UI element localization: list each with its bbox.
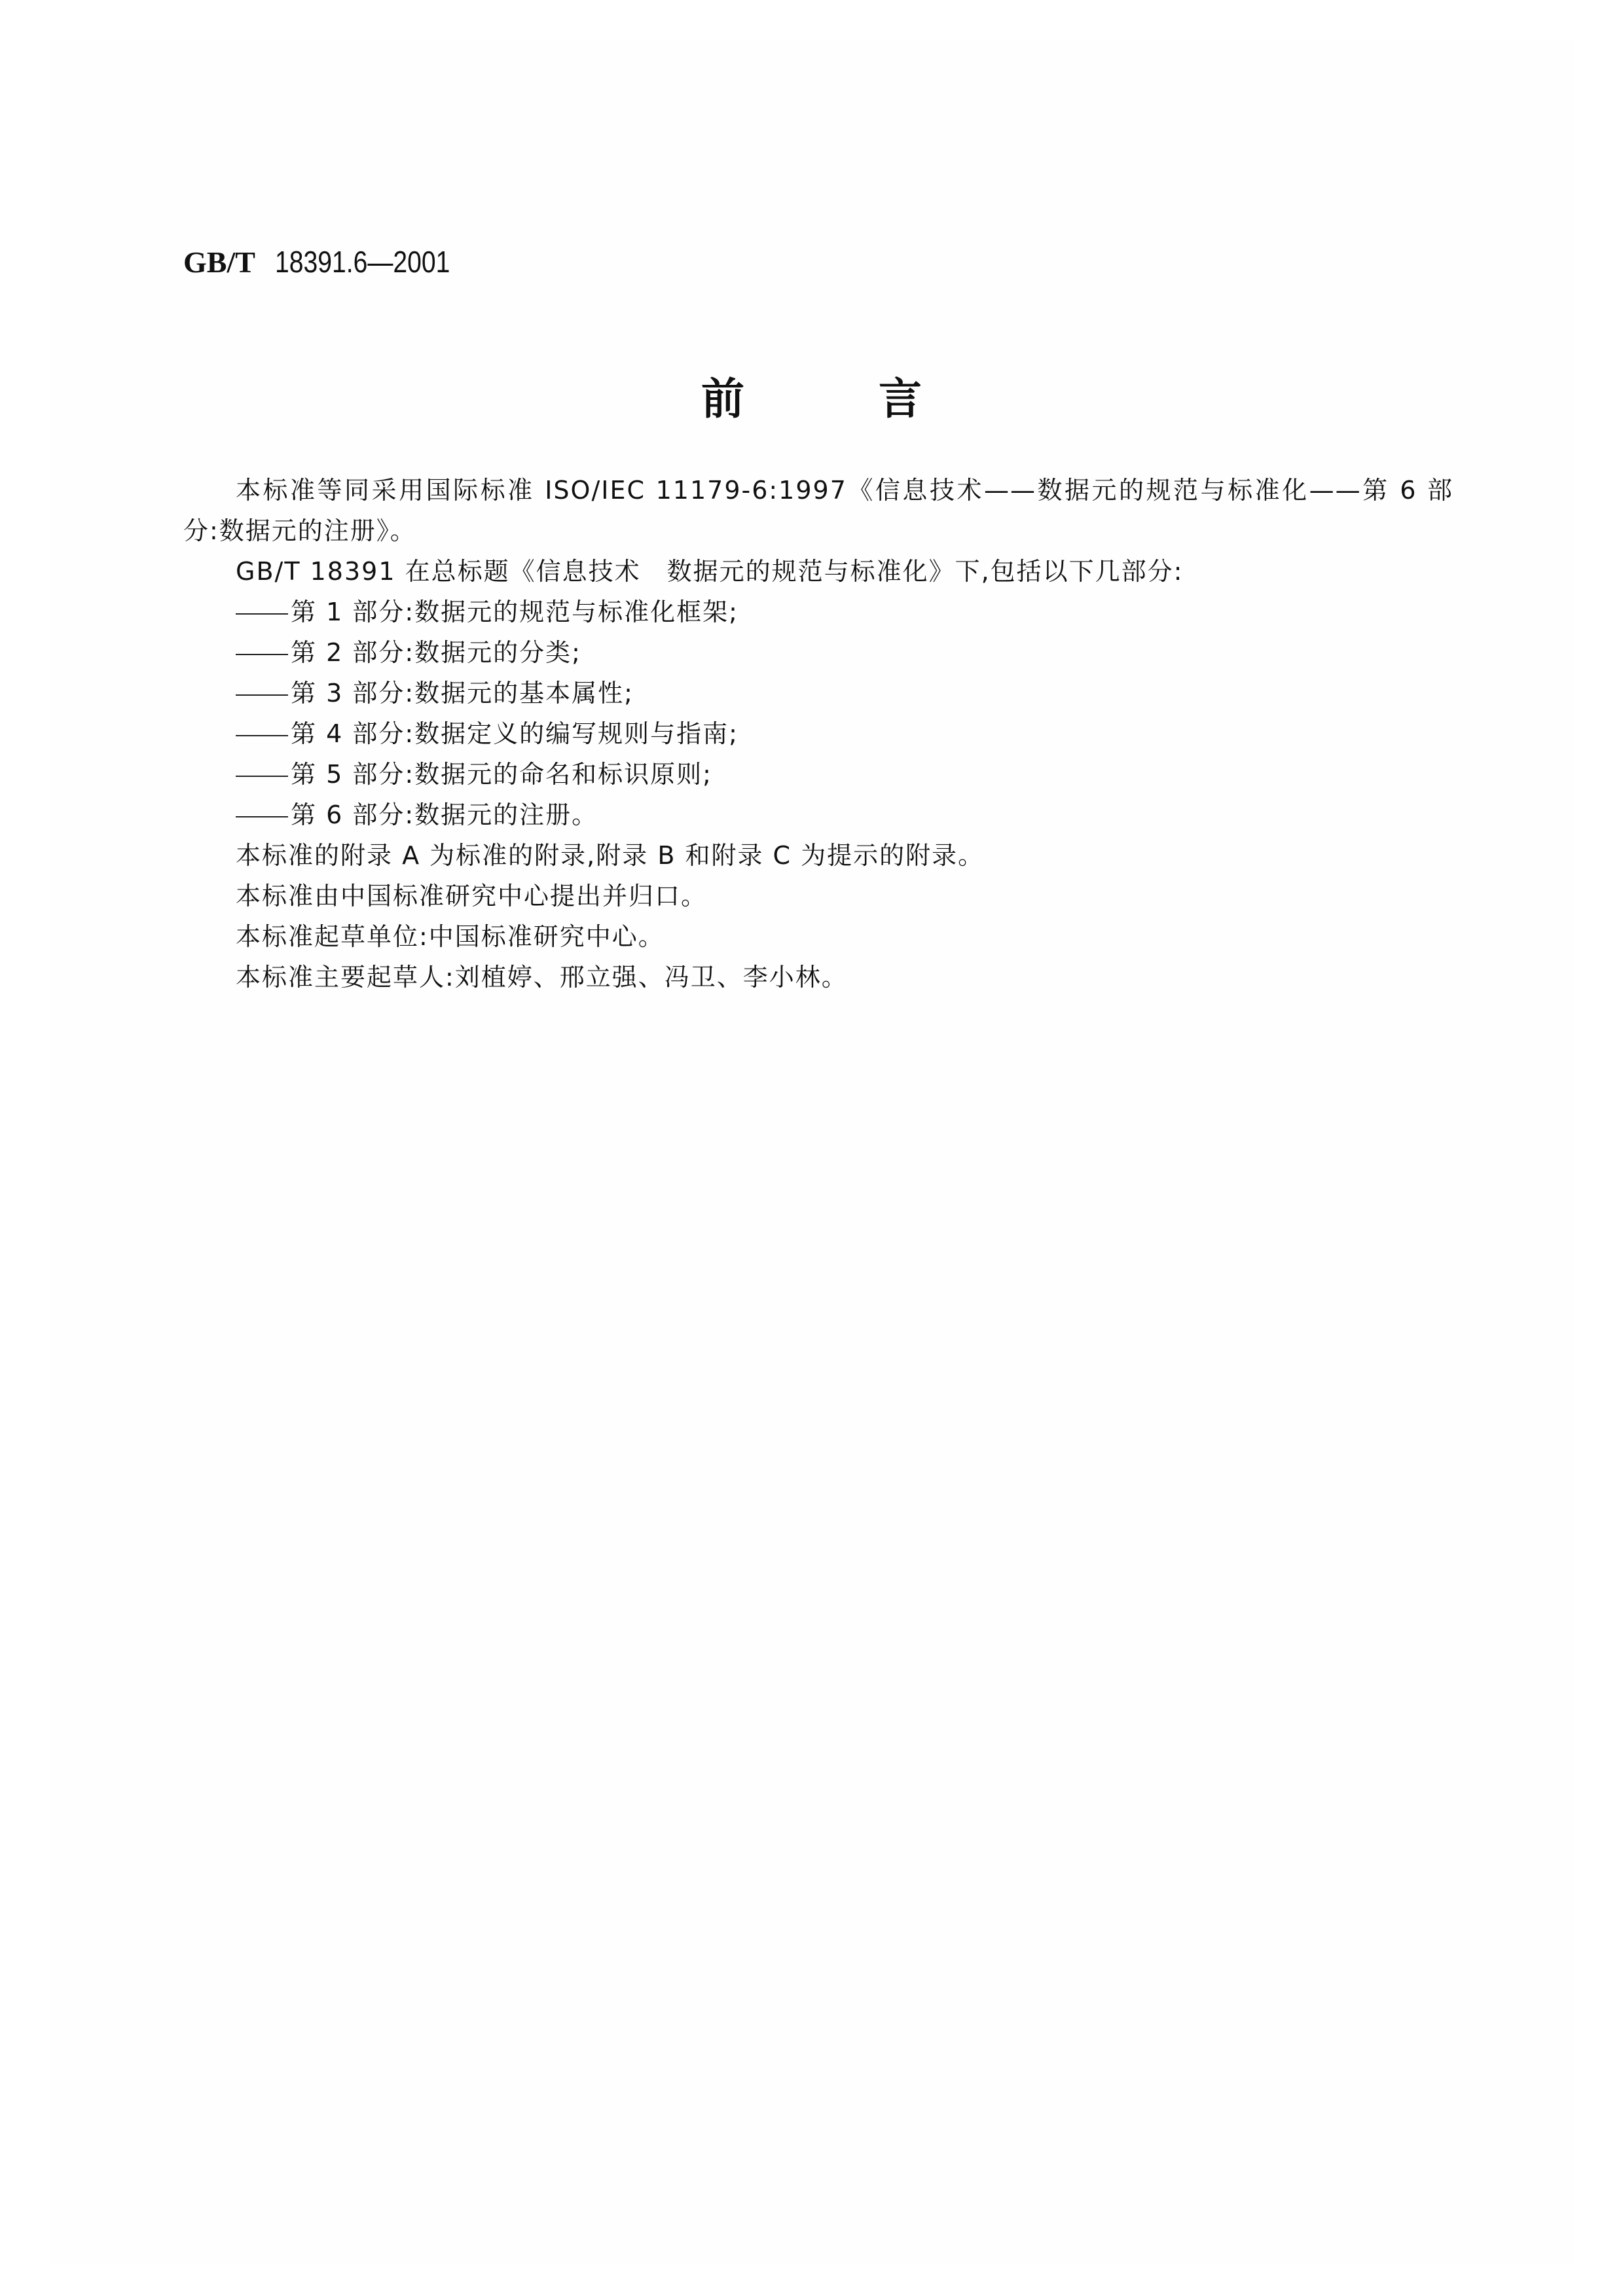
title-char-1: 前 xyxy=(701,373,744,425)
standard-number: 18391.6—2001 xyxy=(275,241,450,283)
drafters-paragraph: 本标准主要起草人:刘植婷、邢立强、冯卫、李小林。 xyxy=(183,957,1453,997)
dash-bullet-icon xyxy=(236,816,288,817)
dash-bullet-icon xyxy=(236,654,288,655)
standard-prefix: GB/T xyxy=(183,245,255,279)
part-label: 第 5 部分:数据元的命名和标识原则; xyxy=(291,760,712,789)
series-intro-paragraph: GB/T 18391 在总标题《信息技术 数据元的规范与标准化》下,包括以下几部… xyxy=(183,551,1453,592)
adoption-paragraph: 本标准等同采用国际标准 ISO/IEC 11179-6:1997《信息技术——数… xyxy=(183,470,1453,551)
list-item: 第 1 部分:数据元的规范与标准化框架; xyxy=(183,592,1453,632)
list-item: 第 6 部分:数据元的注册。 xyxy=(183,795,1453,835)
part-label: 第 2 部分:数据元的分类; xyxy=(291,638,581,667)
proposer-paragraph: 本标准由中国标准研究中心提出并归口。 xyxy=(183,876,1453,916)
document-page: GB/T18391.6—2001 前言 本标准等同采用国际标准 ISO/IEC … xyxy=(0,0,1623,2296)
list-item: 第 5 部分:数据元的命名和标识原则; xyxy=(183,754,1453,795)
dash-bullet-icon xyxy=(236,694,288,696)
list-item: 第 2 部分:数据元的分类; xyxy=(183,632,1453,673)
drafting-unit-paragraph: 本标准起草单位:中国标准研究中心。 xyxy=(183,916,1453,957)
part-label: 第 6 部分:数据元的注册。 xyxy=(291,800,598,829)
list-item: 第 3 部分:数据元的基本属性; xyxy=(183,673,1453,713)
dash-bullet-icon xyxy=(236,776,288,777)
page-title: 前言 xyxy=(0,373,1623,425)
part-label: 第 4 部分:数据定义的编写规则与指南; xyxy=(291,719,739,748)
dash-bullet-icon xyxy=(236,613,288,615)
preface-body: 本标准等同采用国际标准 ISO/IEC 11179-6:1997《信息技术——数… xyxy=(183,470,1453,997)
list-item: 第 4 部分:数据定义的编写规则与指南; xyxy=(183,713,1453,754)
parts-list: 第 1 部分:数据元的规范与标准化框架; 第 2 部分:数据元的分类; 第 3 … xyxy=(183,592,1453,835)
standard-code-header: GB/T18391.6—2001 xyxy=(183,241,481,283)
part-label: 第 3 部分:数据元的基本属性; xyxy=(291,679,634,708)
title-char-2: 言 xyxy=(879,373,922,425)
annexes-paragraph: 本标准的附录 A 为标准的附录,附录 B 和附录 C 为提示的附录。 xyxy=(183,835,1453,876)
part-label: 第 1 部分:数据元的规范与标准化框架; xyxy=(291,598,739,626)
dash-bullet-icon xyxy=(236,735,288,736)
